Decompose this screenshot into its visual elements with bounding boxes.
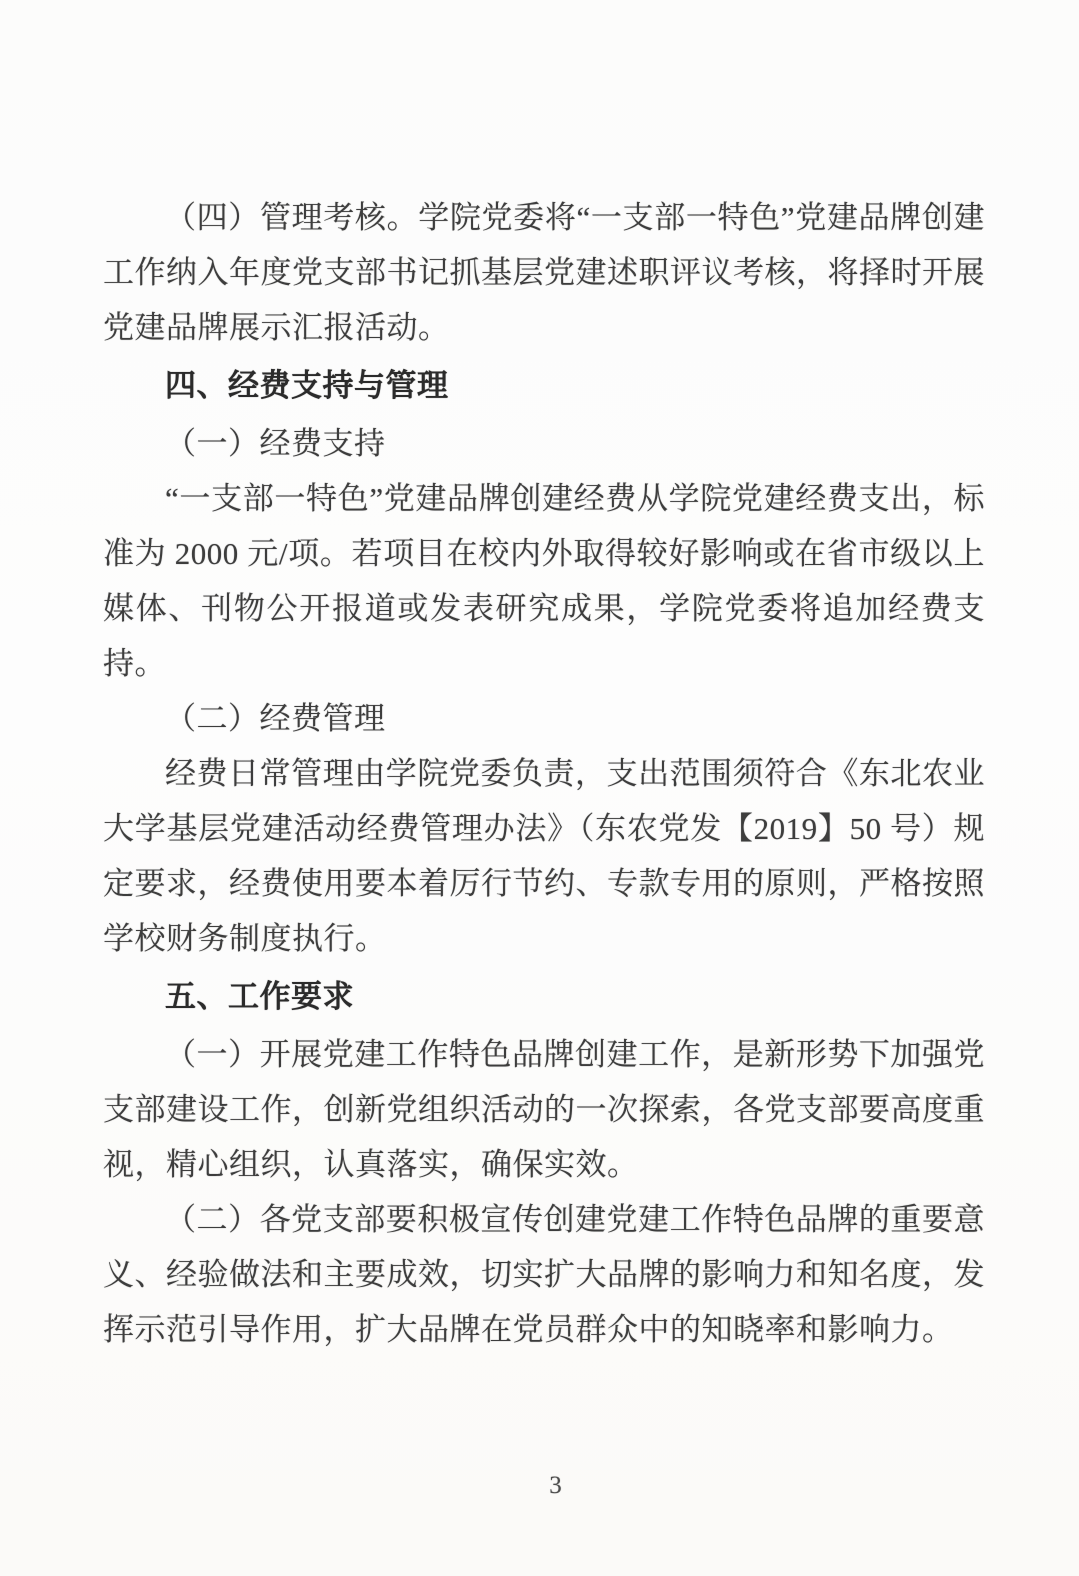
heading-section-5-work-requirements: 五、工作要求 <box>103 969 985 1024</box>
subheading-funding-management: （二）经费管理 <box>103 691 985 746</box>
document-body: （四）管理考核。学院党委将“一支部一特色”党建品牌创建工作纳入年度党支部书记抓基… <box>0 0 1079 1357</box>
paragraph-work-requirement-2: （二）各党支部要积极宣传创建党建工作特色品牌的重要意义、经验做法和主要成效，切实… <box>103 1192 985 1357</box>
paragraph-funding-support-detail: “一支部一特色”党建品牌创建经费从学院党建经费支出，标准为 2000 元/项。若… <box>103 471 985 691</box>
heading-section-4-funding-support-management: 四、经费支持与管理 <box>103 358 985 413</box>
paragraph-management-assessment: （四）管理考核。学院党委将“一支部一特色”党建品牌创建工作纳入年度党支部书记抓基… <box>103 190 985 355</box>
scanned-document-page: （四）管理考核。学院党委将“一支部一特色”党建品牌创建工作纳入年度党支部书记抓基… <box>0 0 1079 1576</box>
paragraph-funding-management-detail: 经费日常管理由学院党委负责，支出范围须符合《东北农业大学基层党建活动经费管理办法… <box>103 746 985 966</box>
paragraph-work-requirement-1: （一）开展党建工作特色品牌创建工作，是新形势下加强党支部建设工作，创新党组织活动… <box>103 1027 985 1192</box>
page-number: 3 <box>0 1472 1079 1500</box>
subheading-funding-support: （一）经费支持 <box>103 416 985 471</box>
